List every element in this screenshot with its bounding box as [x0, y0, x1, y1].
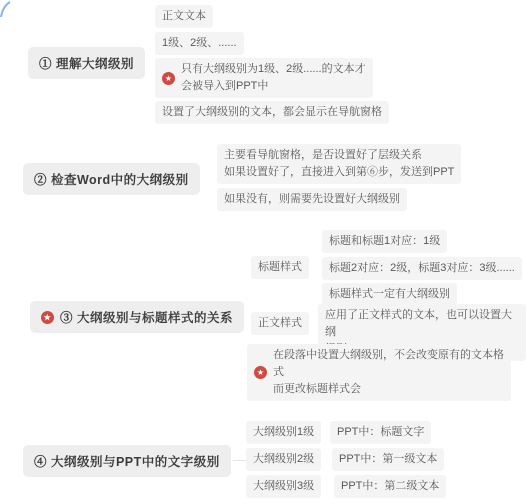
- note-text: 大纲级别2级: [253, 451, 314, 468]
- note-heading-style-has-outline[interactable]: 标题样式一定有大纲级别: [322, 283, 457, 306]
- note-text: PPT中：第一级文本: [339, 451, 437, 468]
- note-heading1-level1[interactable]: 标题和标题1对应：1级: [322, 230, 447, 253]
- note-text: 正文样式: [258, 315, 302, 332]
- branch-connector: [233, 460, 247, 461]
- topic-check-word-outline-level[interactable]: ② 检查Word中的大纲级别: [23, 163, 200, 195]
- note-text: 标题和标题1对应：1级: [329, 233, 440, 250]
- note-check-nav-pane[interactable]: 主要看导航窗格，是否设置好了层级关系 如果设置好了，直接进入到第⑥步，发送到PP…: [217, 144, 461, 184]
- topic-label: ② 检查Word中的大纲级别: [34, 170, 189, 188]
- topic-label: ① 理解大纲级别: [39, 54, 134, 72]
- note-ppt-title-text[interactable]: PPT中：标题文字: [330, 421, 431, 444]
- note-set-outline-first[interactable]: 如果没有，则需要先设置好大纲级别: [217, 188, 407, 211]
- important-star-icon: ★: [41, 311, 54, 324]
- note-paragraph-outline-keeps-format[interactable]: ★ 在段落中设置大纲级别，不会改变原有的文本格 式 而更改标题样式会: [247, 344, 511, 401]
- node-outline-level-3[interactable]: 大纲级别3级: [246, 475, 321, 498]
- note-nav-pane-shows-leveled-text[interactable]: 设置了大纲级别的文本，都会显示在导航窗格: [155, 101, 389, 124]
- note-only-leveled-text-imported[interactable]: ★ 只有大纲级别为1级、2级......的文本才 会被导入到PPT中: [155, 58, 373, 98]
- note-body-text[interactable]: 正文文本: [155, 5, 213, 28]
- note-text: 标题样式: [258, 259, 302, 276]
- note-heading2-heading3[interactable]: 标题2对应：2级，标题3对应：3级......: [322, 257, 522, 280]
- note-text: 1级、2级、......: [162, 35, 237, 52]
- note-text: 正文文本: [162, 8, 206, 25]
- note-text: 大纲级别1级: [253, 424, 314, 441]
- important-star-icon: ★: [254, 366, 267, 379]
- node-outline-level-2[interactable]: 大纲级别2级: [246, 448, 321, 471]
- node-outline-level-1[interactable]: 大纲级别1级: [246, 421, 321, 444]
- note-text: 在段落中设置大纲级别，不会改变原有的文本格 式 而更改标题样式会: [273, 347, 504, 398]
- topic-label: ④ 大纲级别与PPT中的文字级别: [34, 452, 220, 470]
- note-text: 大纲级别3级: [253, 478, 314, 495]
- note-text: 标题2对应：2级，标题3对应：3级......: [329, 260, 515, 277]
- node-heading-style[interactable]: 标题样式: [251, 256, 309, 279]
- note-ppt-second-level-text[interactable]: PPT中：第二级文本: [334, 475, 446, 498]
- note-text: 主要看导航窗格，是否设置好了层级关系 如果设置好了，直接进入到第⑥步，发送到PP…: [224, 147, 454, 181]
- topic-outline-vs-ppt-text-level[interactable]: ④ 大纲级别与PPT中的文字级别: [23, 445, 231, 477]
- mindmap-canvas: ① 理解大纲级别 正文文本 1级、2级、...... ★ 只有大纲级别为1级、2…: [0, 0, 526, 500]
- note-text: 如果没有，则需要先设置好大纲级别: [224, 191, 400, 208]
- note-text: 只有大纲级别为1级、2级......的文本才 会被导入到PPT中: [181, 61, 366, 95]
- note-text: 标题样式一定有大纲级别: [329, 286, 450, 303]
- topic-label: ③ 大纲级别与标题样式的关系: [60, 308, 233, 326]
- topic-understand-outline-level[interactable]: ① 理解大纲级别: [28, 47, 145, 79]
- note-text: PPT中：第二级文本: [341, 478, 439, 495]
- note-text: 设置了大纲级别的文本，都会显示在导航窗格: [162, 104, 382, 121]
- important-star-icon: ★: [162, 72, 175, 85]
- node-body-style[interactable]: 正文样式: [251, 312, 309, 335]
- note-ppt-first-level-text[interactable]: PPT中：第一级文本: [332, 448, 444, 471]
- note-level-1-2[interactable]: 1级、2级、......: [155, 32, 244, 55]
- note-text: PPT中：标题文字: [337, 424, 424, 441]
- topic-outline-vs-heading-style[interactable]: ★ ③ 大纲级别与标题样式的关系: [30, 301, 244, 333]
- root-branch-fragment: [0, 0, 12, 20]
